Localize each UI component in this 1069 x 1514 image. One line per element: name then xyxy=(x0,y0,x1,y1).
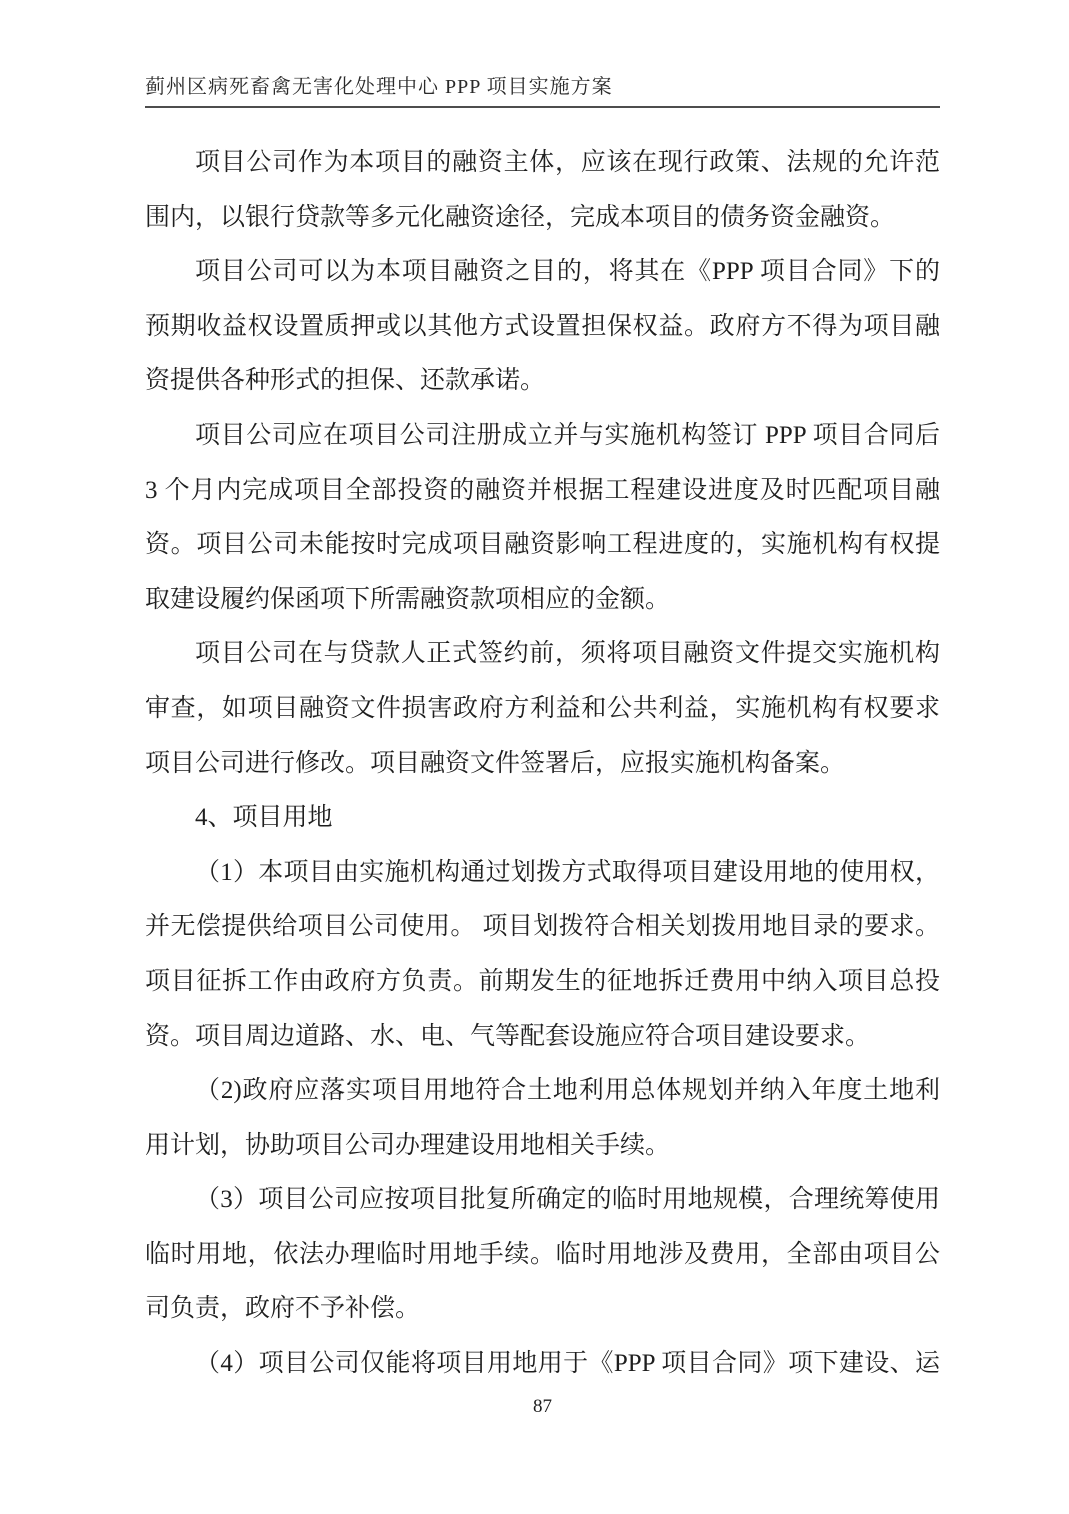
page-number: 87 xyxy=(533,1396,552,1417)
paragraph: （2)政府应落实项目用地符合土地利用总体规划并纳入年度土地利用计划，协助项目公司… xyxy=(145,1064,940,1173)
paragraph: （4）项目公司仅能将项目用地用于《PPP 项目合同》项下建设、运 xyxy=(145,1337,940,1392)
text-line: 3 个月内完成项目全部投资的融资并根据工程建设进度及时匹配项目融 xyxy=(145,464,940,519)
paragraph: （1）本项目由实施机构通过划拨方式取得项目建设用地的使用权，并无偿提供给项目公司… xyxy=(145,846,940,1064)
paragraph: 项目公司应在项目公司注册成立并与实施机构签订 PPP 项目合同后3 个月内完成项… xyxy=(145,409,940,627)
text-line: 资提供各种形式的担保、还款承诺。 xyxy=(145,354,940,409)
text-line: 4、项目用地 xyxy=(145,791,940,846)
page-footer: 87 xyxy=(145,1396,940,1418)
text-line: 预期收益权设置质押或以其他方式设置担保权益。政府方不得为项目融 xyxy=(145,300,940,355)
text-line: 取建设履约保函项下所需融资款项相应的金额。 xyxy=(145,573,940,628)
document-body: 项目公司作为本项目的融资主体，应该在现行政策、法规的允许范围内，以银行贷款等多元… xyxy=(145,136,940,1392)
text-line: 项目公司可以为本项目融资之目的，将其在《PPP 项目合同》下的 xyxy=(145,245,940,300)
text-line: （3）项目公司应按项目批复所确定的临时用地规模，合理统筹使用 xyxy=(145,1173,940,1228)
text-line: 项目公司作为本项目的融资主体，应该在现行政策、法规的允许范 xyxy=(145,136,940,191)
text-line: 资。项目周边道路、水、电、气等配套设施应符合项目建设要求。 xyxy=(145,1010,940,1065)
text-line: 用计划，协助项目公司办理建设用地相关手续。 xyxy=(145,1119,940,1174)
paragraph: 项目公司作为本项目的融资主体，应该在现行政策、法规的允许范围内，以银行贷款等多元… xyxy=(145,136,940,245)
text-line: 项目征拆工作由政府方负责。前期发生的征地拆迁费用中纳入项目总投 xyxy=(145,955,940,1010)
document-page: 蓟州区病死畜禽无害化处理中心 PPP 项目实施方案 项目公司作为本项目的融资主体… xyxy=(0,0,1069,1514)
text-line: （4）项目公司仅能将项目用地用于《PPP 项目合同》项下建设、运 xyxy=(145,1337,940,1392)
text-line: 资。项目公司未能按时完成项目融资影响工程进度的，实施机构有权提 xyxy=(145,518,940,573)
text-line: 审查，如项目融资文件损害政府方利益和公共利益，实施机构有权要求 xyxy=(145,682,940,737)
page-header: 蓟州区病死畜禽无害化处理中心 PPP 项目实施方案 xyxy=(145,70,940,108)
text-line: 临时用地，依法办理临时用地手续。临时用地涉及费用，全部由项目公 xyxy=(145,1228,940,1283)
text-line: 围内，以银行贷款等多元化融资途径，完成本项目的债务资金融资。 xyxy=(145,191,940,246)
paragraph: 项目公司在与贷款人正式签约前，须将项目融资文件提交实施机构审查，如项目融资文件损… xyxy=(145,627,940,791)
header-title: 蓟州区病死畜禽无害化处理中心 PPP 项目实施方案 xyxy=(145,76,613,98)
paragraph: （3）项目公司应按项目批复所确定的临时用地规模，合理统筹使用临时用地，依法办理临… xyxy=(145,1173,940,1337)
text-line: 并无偿提供给项目公司使用。 项目划拨符合相关划拨用地目录的要求。 xyxy=(145,900,940,955)
text-line: 项目公司进行修改。项目融资文件签署后，应报实施机构备案。 xyxy=(145,737,940,792)
text-line: （2)政府应落实项目用地符合土地利用总体规划并纳入年度土地利 xyxy=(145,1064,940,1119)
paragraph: 项目公司可以为本项目融资之目的，将其在《PPP 项目合同》下的预期收益权设置质押… xyxy=(145,245,940,409)
paragraph: 4、项目用地 xyxy=(145,791,940,846)
text-line: 司负责，政府不予补偿。 xyxy=(145,1282,940,1337)
text-line: 项目公司应在项目公司注册成立并与实施机构签订 PPP 项目合同后 xyxy=(145,409,940,464)
text-line: （1）本项目由实施机构通过划拨方式取得项目建设用地的使用权， xyxy=(145,846,940,901)
text-line: 项目公司在与贷款人正式签约前，须将项目融资文件提交实施机构 xyxy=(145,627,940,682)
